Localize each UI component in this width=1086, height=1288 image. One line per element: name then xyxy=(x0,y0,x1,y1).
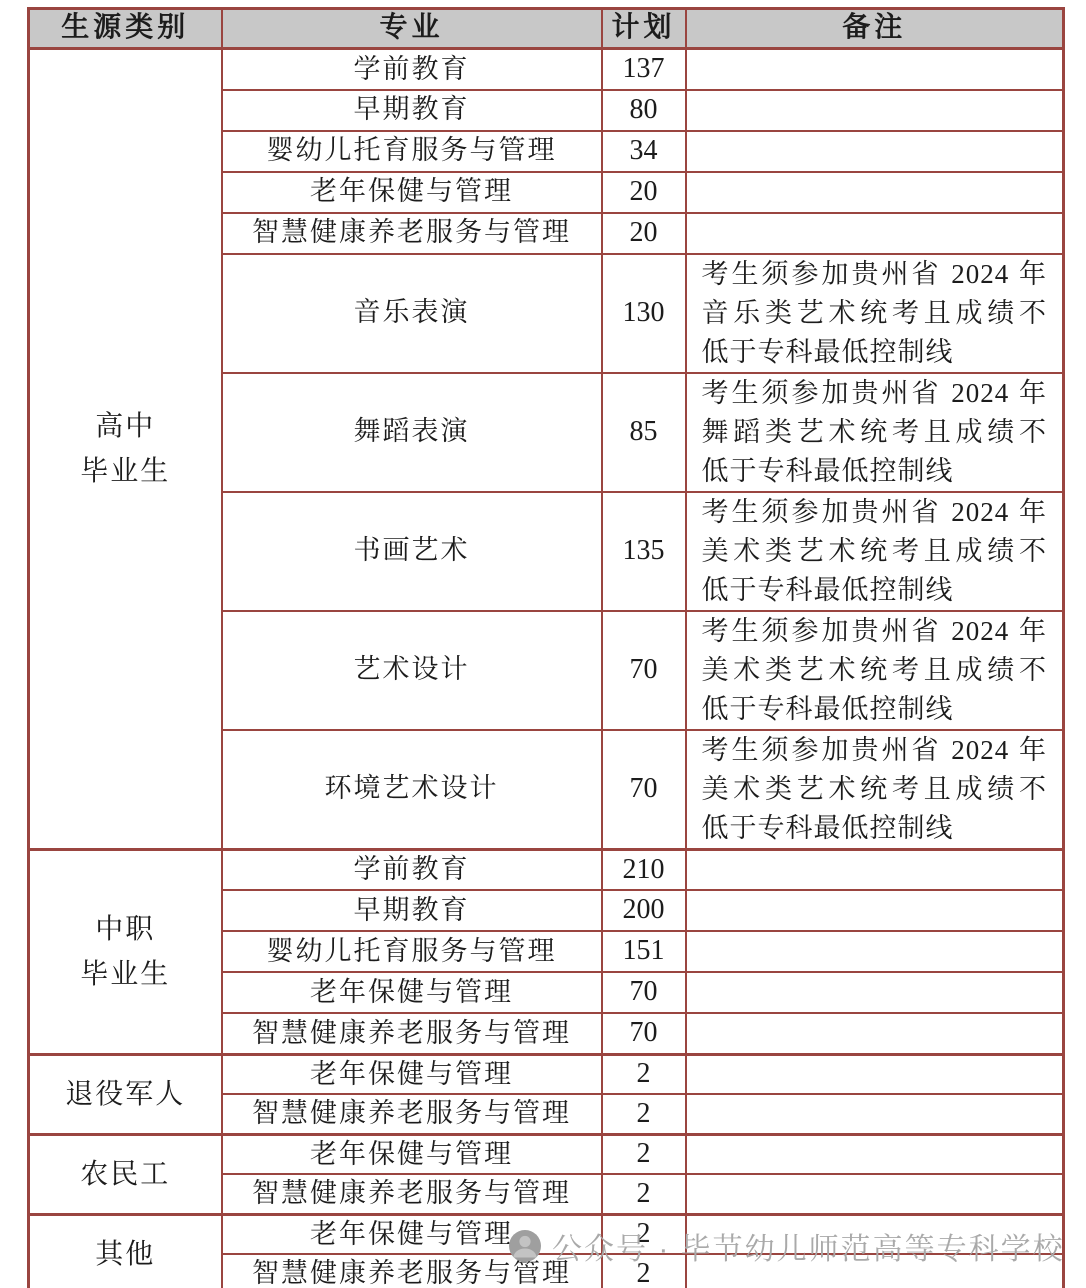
category-line: 农民工 xyxy=(30,1152,221,1197)
note-line: 考生须参加贵州省 2024 年 xyxy=(702,731,1048,770)
category-line: 毕业生 xyxy=(30,952,221,997)
header-major: 专业 xyxy=(222,9,602,49)
note-cell: 考生须参加贵州省 2024 年美术类艺术统考且成绩不低于专科最低控制线 xyxy=(686,730,1064,850)
header-note: 备注 xyxy=(686,9,1064,49)
category-line: 中职 xyxy=(30,907,221,952)
note-cell xyxy=(686,1214,1064,1254)
note-cell xyxy=(686,972,1064,1013)
plan-cell: 20 xyxy=(602,172,686,213)
table-row: 高中毕业生学前教育137 xyxy=(29,49,1064,90)
note-line: 舞蹈类艺术统考且成绩不 xyxy=(702,413,1048,452)
table-row: 中职毕业生学前教育210 xyxy=(29,849,1064,890)
note-cell: 考生须参加贵州省 2024 年美术类艺术统考且成绩不低于专科最低控制线 xyxy=(686,611,1064,730)
note-cell: 考生须参加贵州省 2024 年舞蹈类艺术统考且成绩不低于专科最低控制线 xyxy=(686,373,1064,492)
note-line: 美术类艺术统考且成绩不 xyxy=(702,532,1048,571)
note-cell xyxy=(686,90,1064,131)
category-cell: 农民工 xyxy=(29,1134,222,1214)
category-line: 退役军人 xyxy=(30,1072,221,1117)
note-cell xyxy=(686,213,1064,254)
note-line: 考生须参加贵州省 2024 年 xyxy=(702,493,1048,532)
note-cell xyxy=(686,131,1064,172)
note-line: 低于专科最低控制线 xyxy=(702,571,1048,610)
note-line: 考生须参加贵州省 2024 年 xyxy=(702,374,1048,413)
note-cell xyxy=(686,1013,1064,1054)
note-line: 考生须参加贵州省 2024 年 xyxy=(702,255,1048,294)
note-cell xyxy=(686,849,1064,890)
major-cell: 老年保健与管理 xyxy=(222,172,602,213)
major-cell: 早期教育 xyxy=(222,890,602,931)
header-category: 生源类别 xyxy=(29,9,222,49)
major-cell: 学前教育 xyxy=(222,849,602,890)
table-row: 其他老年保健与管理2 xyxy=(29,1214,1064,1254)
category-line: 毕业生 xyxy=(30,449,221,494)
major-cell: 舞蹈表演 xyxy=(222,373,602,492)
category-cell: 退役军人 xyxy=(29,1054,222,1134)
note-line: 美术类艺术统考且成绩不 xyxy=(702,770,1048,809)
major-cell: 早期教育 xyxy=(222,90,602,131)
note-cell xyxy=(686,172,1064,213)
note-cell xyxy=(686,1054,1064,1094)
plan-cell: 2 xyxy=(602,1254,686,1288)
major-cell: 智慧健康养老服务与管理 xyxy=(222,1174,602,1214)
note-line: 低于专科最低控制线 xyxy=(702,452,1048,491)
major-cell: 智慧健康养老服务与管理 xyxy=(222,1013,602,1054)
plan-cell: 130 xyxy=(602,254,686,373)
plan-cell: 2 xyxy=(602,1174,686,1214)
plan-cell: 137 xyxy=(602,49,686,90)
plan-cell: 2 xyxy=(602,1134,686,1174)
category-cell: 高中毕业生 xyxy=(29,49,222,850)
note-line: 美术类艺术统考且成绩不 xyxy=(702,651,1048,690)
note-line: 低于专科最低控制线 xyxy=(702,333,1048,372)
note-cell xyxy=(686,1134,1064,1174)
plan-cell: 151 xyxy=(602,931,686,972)
note-line: 低于专科最低控制线 xyxy=(702,690,1048,729)
note-cell xyxy=(686,931,1064,972)
enrollment-plan-table: 生源类别 专业 计划 备注 高中毕业生学前教育137早期教育80婴幼儿托育服务与… xyxy=(27,7,1065,1288)
plan-cell: 210 xyxy=(602,849,686,890)
major-cell: 老年保健与管理 xyxy=(222,972,602,1013)
plan-cell: 70 xyxy=(602,972,686,1013)
category-line: 高中 xyxy=(30,404,221,449)
plan-cell: 20 xyxy=(602,213,686,254)
major-cell: 学前教育 xyxy=(222,49,602,90)
plan-cell: 34 xyxy=(602,131,686,172)
major-cell: 婴幼儿托育服务与管理 xyxy=(222,931,602,972)
note-line: 音乐类艺术统考且成绩不 xyxy=(702,294,1048,333)
plan-cell: 2 xyxy=(602,1054,686,1094)
header-row: 生源类别 专业 计划 备注 xyxy=(29,9,1064,49)
note-cell xyxy=(686,1094,1064,1134)
table-row: 农民工老年保健与管理2 xyxy=(29,1134,1064,1174)
plan-cell: 70 xyxy=(602,730,686,850)
note-cell xyxy=(686,49,1064,90)
note-line: 低于专科最低控制线 xyxy=(702,809,1048,848)
major-cell: 智慧健康养老服务与管理 xyxy=(222,1094,602,1134)
major-cell: 老年保健与管理 xyxy=(222,1134,602,1174)
major-cell: 书画艺术 xyxy=(222,492,602,611)
enrollment-plan-page: 生源类别 专业 计划 备注 高中毕业生学前教育137早期教育80婴幼儿托育服务与… xyxy=(0,0,1086,1288)
note-cell: 考生须参加贵州省 2024 年美术类艺术统考且成绩不低于专科最低控制线 xyxy=(686,492,1064,611)
plan-cell: 70 xyxy=(602,611,686,730)
note-cell xyxy=(686,1174,1064,1214)
major-cell: 艺术设计 xyxy=(222,611,602,730)
plan-cell: 2 xyxy=(602,1094,686,1134)
major-cell: 老年保健与管理 xyxy=(222,1214,602,1254)
major-cell: 智慧健康养老服务与管理 xyxy=(222,1254,602,1288)
plan-cell: 70 xyxy=(602,1013,686,1054)
category-cell: 其他 xyxy=(29,1214,222,1288)
plan-cell: 85 xyxy=(602,373,686,492)
category-cell: 中职毕业生 xyxy=(29,849,222,1054)
note-cell xyxy=(686,890,1064,931)
major-cell: 婴幼儿托育服务与管理 xyxy=(222,131,602,172)
note-line: 考生须参加贵州省 2024 年 xyxy=(702,612,1048,651)
major-cell: 老年保健与管理 xyxy=(222,1054,602,1094)
note-cell: 考生须参加贵州省 2024 年音乐类艺术统考且成绩不低于专科最低控制线 xyxy=(686,254,1064,373)
category-line: 其他 xyxy=(30,1232,221,1277)
note-cell xyxy=(686,1254,1064,1288)
table-row: 退役军人老年保健与管理2 xyxy=(29,1054,1064,1094)
header-plan: 计划 xyxy=(602,9,686,49)
plan-cell: 135 xyxy=(602,492,686,611)
major-cell: 环境艺术设计 xyxy=(222,730,602,850)
plan-cell: 200 xyxy=(602,890,686,931)
major-cell: 智慧健康养老服务与管理 xyxy=(222,213,602,254)
plan-cell: 80 xyxy=(602,90,686,131)
major-cell: 音乐表演 xyxy=(222,254,602,373)
plan-cell: 2 xyxy=(602,1214,686,1254)
